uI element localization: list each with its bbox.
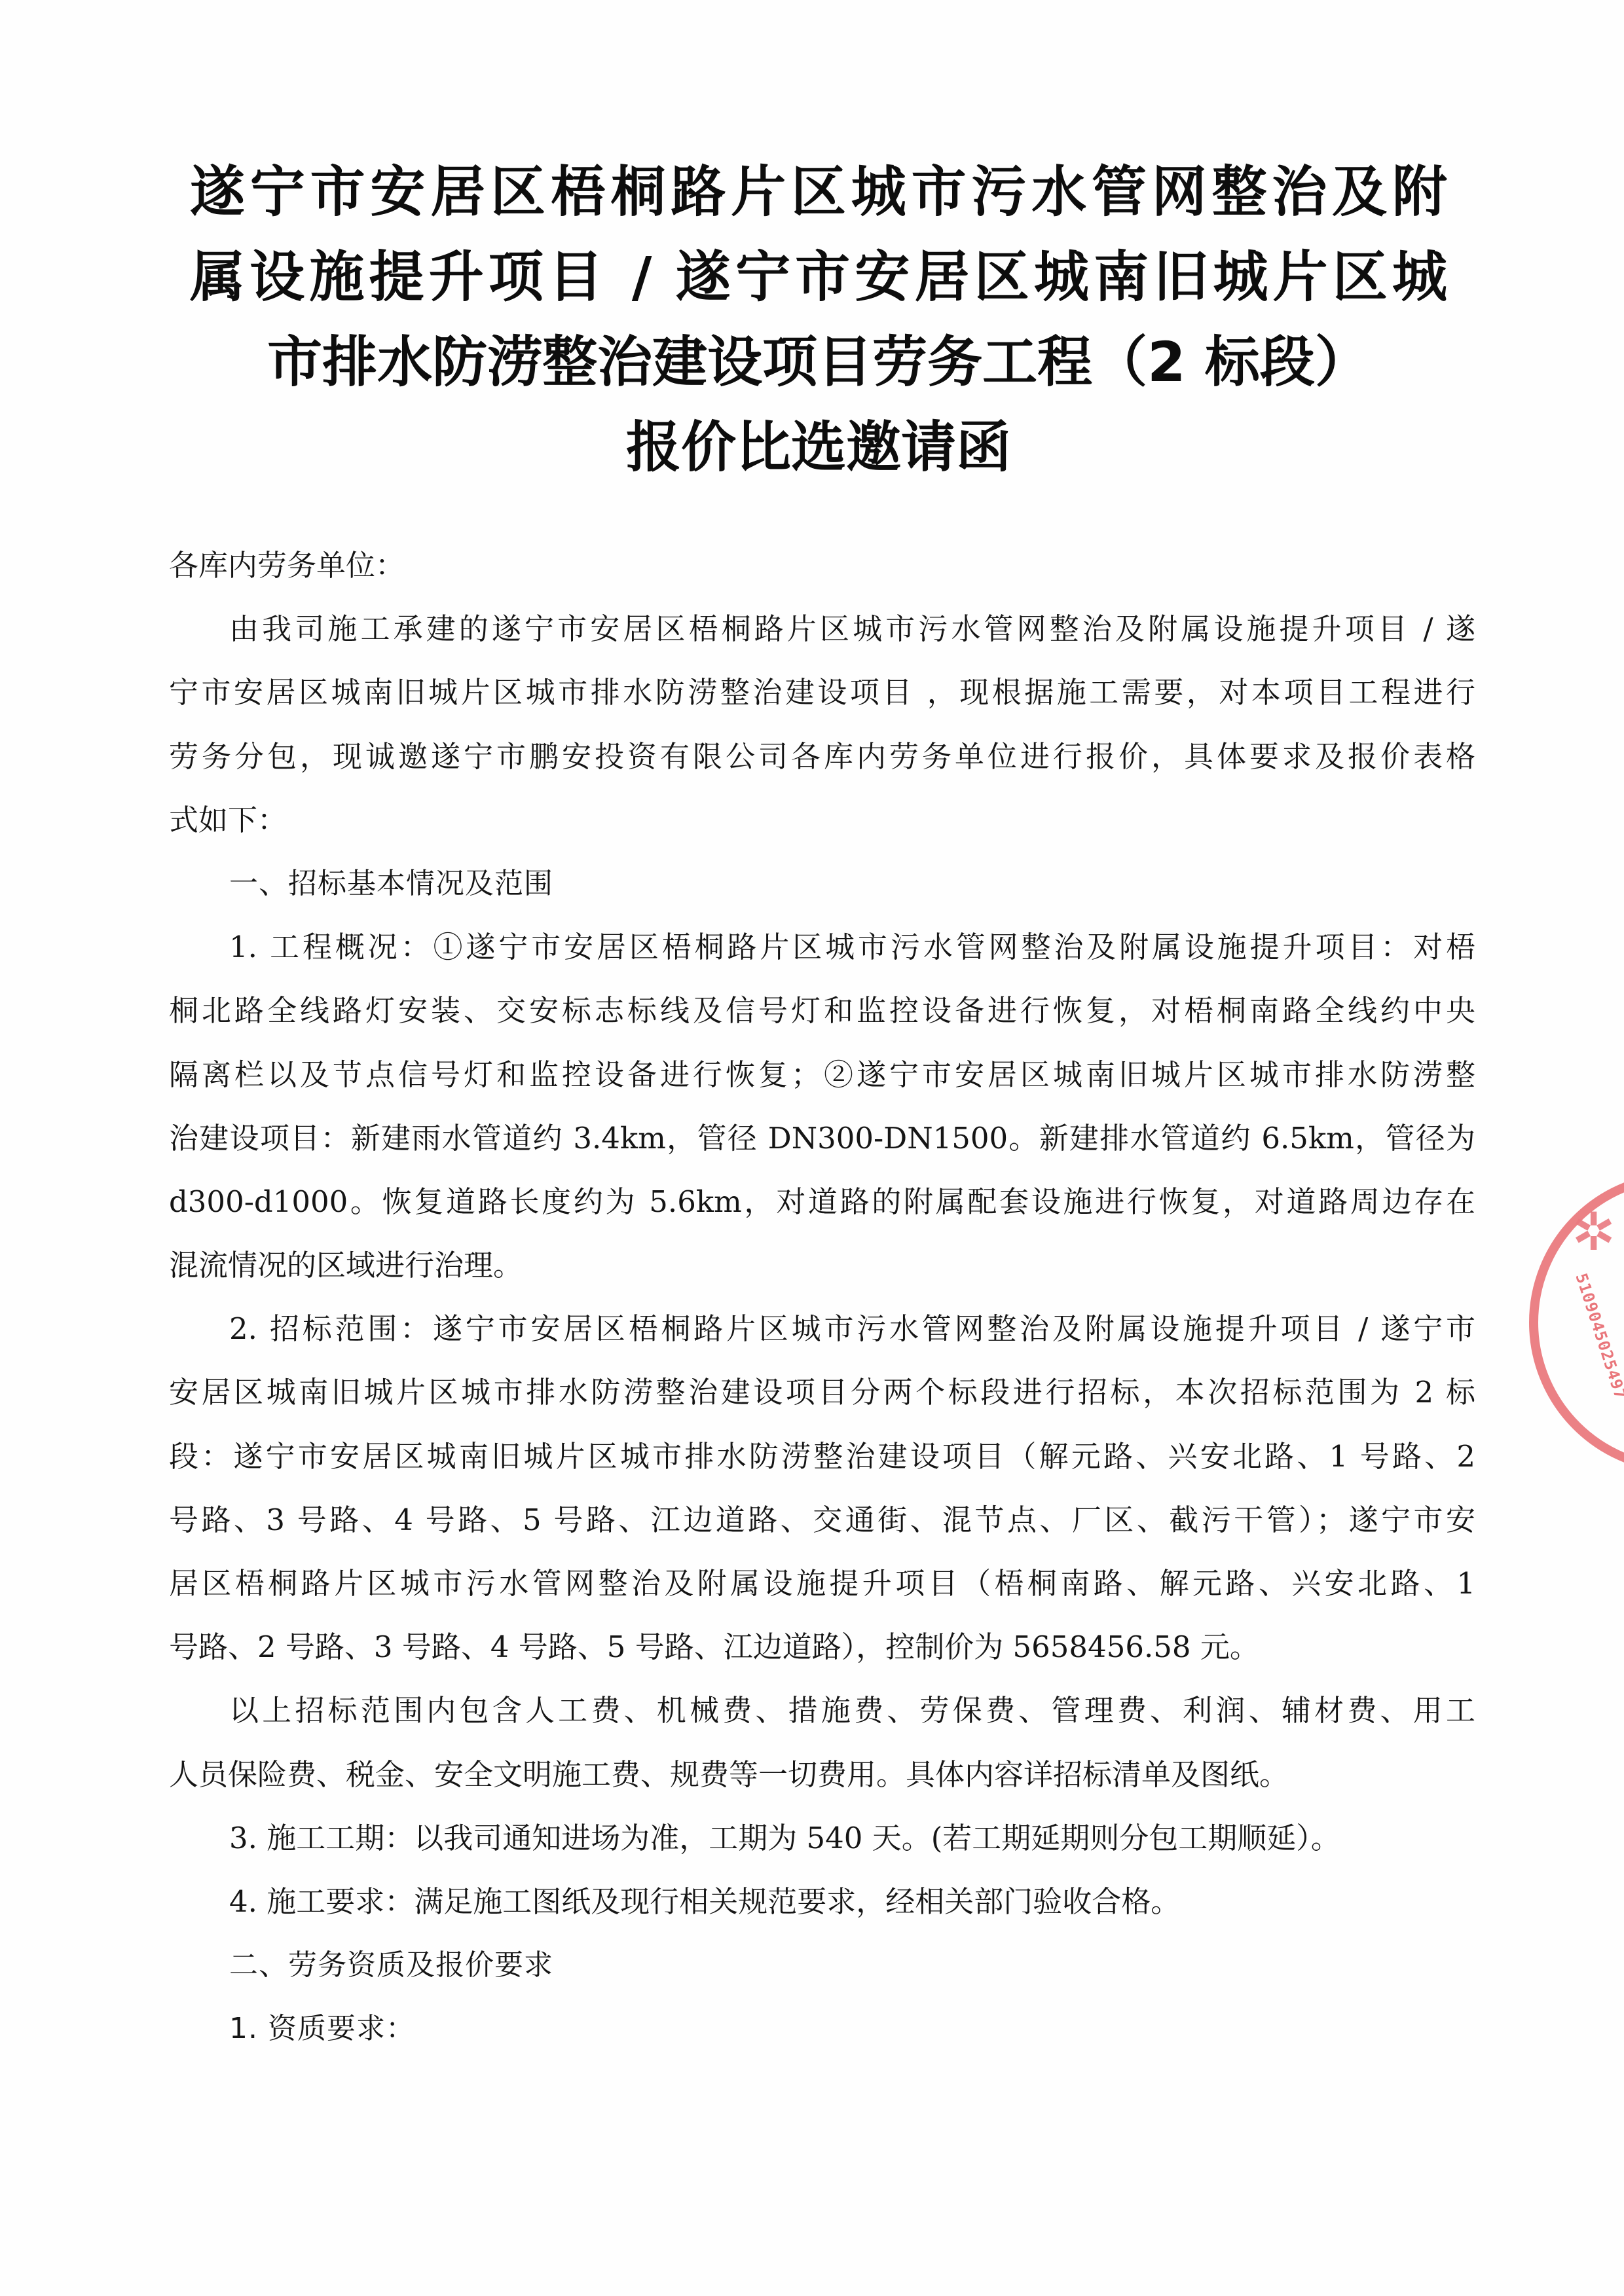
title-line-3: 市排水防涝整治建设项目劳务工程（2 标段）	[190, 319, 1447, 405]
overview-line: 桐北路全线路灯安装、交安标志标线及信号灯和监控设备进行恢复，对梧桐南路全线约中央	[169, 979, 1475, 1042]
overview-line: 1. 工程概况：①遂宁市安居区梧桐路片区城市污水管网整治及附属设施提升项目：对梧	[169, 915, 1475, 979]
scope-line: 居区梧桐路片区城市污水管网整治及附属设施提升项目（梧桐南路、解元路、兴安北路、1	[169, 1552, 1475, 1615]
qualification-requirements: 1. 资质要求：	[169, 1997, 1475, 2060]
overview-line: 混流情况的区域进行治理。	[169, 1233, 1475, 1297]
overview-line: 治建设项目：新建雨水管道约 3.4km，管径 DN300-DN1500。新建排水…	[169, 1106, 1475, 1170]
scope-line: 安居区城南旧城片区城市排水防涝整治建设项目分两个标段进行招标，本次招标范围为 2…	[169, 1360, 1475, 1424]
salutation: 各库内劳务单位：	[169, 534, 1475, 597]
scope-line: 2. 招标范围：遂宁市安居区梧桐路片区城市污水管网整治及附属设施提升项目 / 遂…	[169, 1297, 1475, 1360]
document-body: 各库内劳务单位： 由我司施工承建的遂宁市安居区梧桐路片区城市污水管网整治及附属设…	[169, 534, 1475, 2061]
scope-line: 段：遂宁市安居区城南旧城片区城市排水防涝整治建设项目（解元路、兴安北路、1 号路…	[169, 1425, 1475, 1488]
cost-line: 以上招标范围内包含人工费、机械费、措施费、劳保费、管理费、利润、辅材费、用工	[169, 1679, 1475, 1742]
intro-line: 由我司施工承建的遂宁市安居区梧桐路片区城市污水管网整治及附属设施提升项目 / 遂	[169, 597, 1475, 661]
construction-period: 3. 施工工期：以我司通知进场为准，工期为 540 天。(若工期延期则分包工期顺…	[169, 1806, 1475, 1870]
seal-emblem-icon: ✲	[1572, 1201, 1615, 1262]
title-line-4: 报价比选邀请函	[190, 405, 1447, 490]
intro-line: 宁市安居区城南旧城片区城市排水防涝整治建设项目 ，现根据施工需要，对本项目工程进…	[169, 661, 1475, 724]
document-page: 遂宁市安居区梧桐路片区城市污水管网整治及附 属设施提升项目 / 遂宁市安居区城南…	[0, 0, 1624, 2296]
scope-line: 号路、2 号路、3 号路、4 号路、5 号路、江边道路），控制价为 565845…	[169, 1615, 1475, 1679]
intro-line: 式如下：	[169, 788, 1475, 852]
bid-scope-paragraph: 2. 招标范围：遂宁市安居区梧桐路片区城市污水管网整治及附属设施提升项目 / 遂…	[169, 1297, 1475, 1679]
intro-paragraph: 由我司施工承建的遂宁市安居区梧桐路片区城市污水管网整治及附属设施提升项目 / 遂…	[169, 597, 1475, 852]
scope-line: 号路、3 号路、4 号路、5 号路、江边道路、交通街、混节点、厂区、截污干管）；…	[169, 1488, 1475, 1552]
cost-line: 人员保险费、税金、安全文明施工费、规费等一切费用。具体内容详招标清单及图纸。	[169, 1743, 1475, 1806]
title-line-1: 遂宁市安居区梧桐路片区城市污水管网整治及附	[190, 149, 1447, 234]
cost-inclusion-paragraph: 以上招标范围内包含人工费、机械费、措施费、劳保费、管理费、利润、辅材费、用工 人…	[169, 1679, 1475, 1806]
intro-line: 劳务分包，现诚邀遂宁市鹏安投资有限公司各库内劳务单位进行报价，具体要求及报价表格	[169, 725, 1475, 788]
document-title: 遂宁市安居区梧桐路片区城市污水管网整治及附 属设施提升项目 / 遂宁市安居区城南…	[190, 149, 1447, 490]
title-line-2: 属设施提升项目 / 遂宁市安居区城南旧城片区城	[190, 234, 1447, 319]
overview-line: d300-d1000。恢复道路长度约为 5.6km，对道路的附属配套设施进行恢复…	[169, 1170, 1475, 1233]
overview-line: 隔离栏以及节点信号灯和监控设备进行恢复；②遂宁市安居区城南旧城片区城市排水防涝整	[169, 1043, 1475, 1106]
project-overview-paragraph: 1. 工程概况：①遂宁市安居区梧桐路片区城市污水管网整治及附属设施提升项目：对梧…	[169, 915, 1475, 1297]
section-2-heading: 二、劳务资质及报价要求	[169, 1933, 1475, 1997]
section-1-heading: 一、招标基本情况及范围	[169, 852, 1475, 915]
construction-requirements: 4. 施工要求：满足施工图纸及现行相关规范要求，经相关部门验收合格。	[169, 1870, 1475, 1933]
